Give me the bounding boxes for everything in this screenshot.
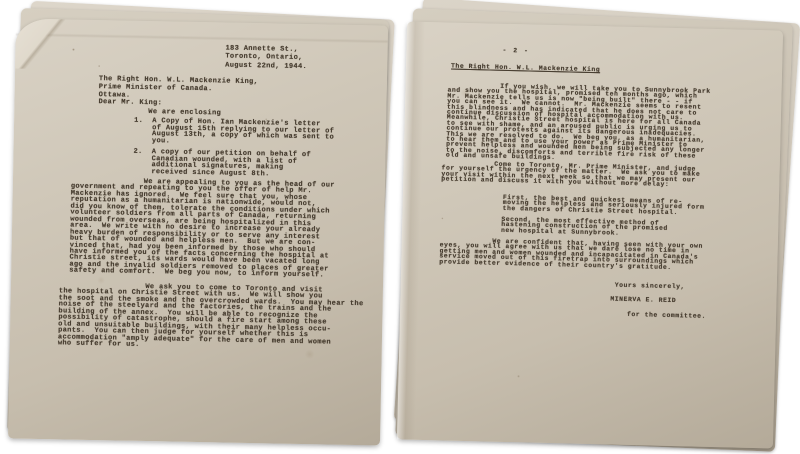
enclosure-item-2: 2. A copy of our petition on behalf of C…: [133, 149, 311, 178]
body-paragraph-1: If you wish, we will take you to Sunnybr…: [446, 82, 711, 164]
body-paragraph-1: We are appealing to you as the head of o…: [69, 178, 335, 280]
point-second: Second, the most effective method of has…: [501, 217, 668, 237]
enclosure-item-1: 1. A Copy of Hon. Ian Mackenzie's letter…: [134, 118, 335, 148]
page-heading: The Right Hon. W.L. Mackenzie King: [451, 64, 600, 73]
body-paragraph-2: We ask you to come to Toronto and visit …: [58, 282, 364, 352]
enclosing-intro: We are enclosing: [148, 109, 221, 117]
salutation: Dear Mr. King:: [98, 99, 162, 107]
page-number: - 2 -: [502, 48, 528, 54]
closing-line: Yours sincerely,: [615, 283, 685, 290]
letter-page-1: 183 Annette St., Toronto, Ontario, Augus…: [8, 18, 388, 445]
folded-corner: [15, 18, 88, 69]
point-first: First, the best and quickest means of re…: [503, 195, 705, 216]
signature-name: MINERVA E. REID: [610, 297, 676, 304]
letter-page-2: - 2 - The Right Hon. W.L. Mackenzie King…: [397, 21, 783, 448]
signature-title: for the committee.: [627, 312, 706, 319]
body-paragraph-2: Come to Toronto, Mr. Prime Minister, and…: [441, 160, 700, 188]
photo-background: 183 Annette St., Toronto, Ontario, Augus…: [0, 0, 800, 454]
body-paragraph-3: We are confident that, having seen with …: [439, 237, 703, 270]
sender-address: 183 Annette St., Toronto, Ontario, Augus…: [225, 44, 307, 71]
